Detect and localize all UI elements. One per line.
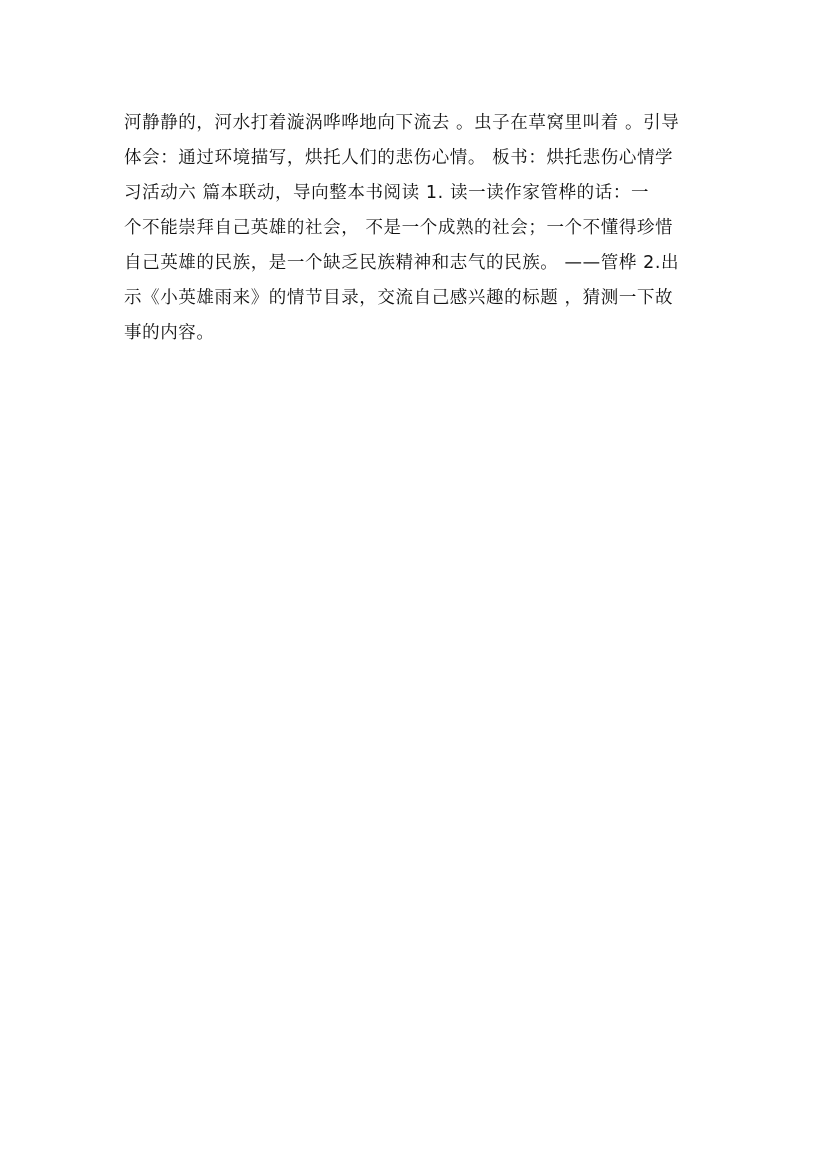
body-paragraph: 河静静的，河水打着漩涡哗哗地向下流去 。虫子在草窝里叫着 。引导 体会：通过环境… <box>124 106 709 351</box>
text-line: 习活动六 篇本联动，导向整本书阅读 1. 读一读作家管桦的话：一 <box>124 176 709 211</box>
text-line: 体会：通过环境描写，烘托人们的悲伤心情。 板书：烘托悲伤心情学 <box>124 141 709 176</box>
text-line: 自己英雄的民族，是一个缺乏民族精神和志气的民族。 ——管桦 2.出 <box>124 246 709 281</box>
document-page: 河静静的，河水打着漩涡哗哗地向下流去 。虫子在草窝里叫着 。引导 体会：通过环境… <box>0 0 827 1170</box>
text-line: 事的内容。 <box>124 316 709 351</box>
text-line: 示《小英雄雨来》的情节目录，交流自己感兴趣的标题 ，猜测一下故 <box>124 281 709 316</box>
text-line: 个不能崇拜自己英雄的社会， 不是一个成熟的社会；一个不懂得珍惜 <box>124 211 709 246</box>
text-line: 河静静的，河水打着漩涡哗哗地向下流去 。虫子在草窝里叫着 。引导 <box>124 106 709 141</box>
